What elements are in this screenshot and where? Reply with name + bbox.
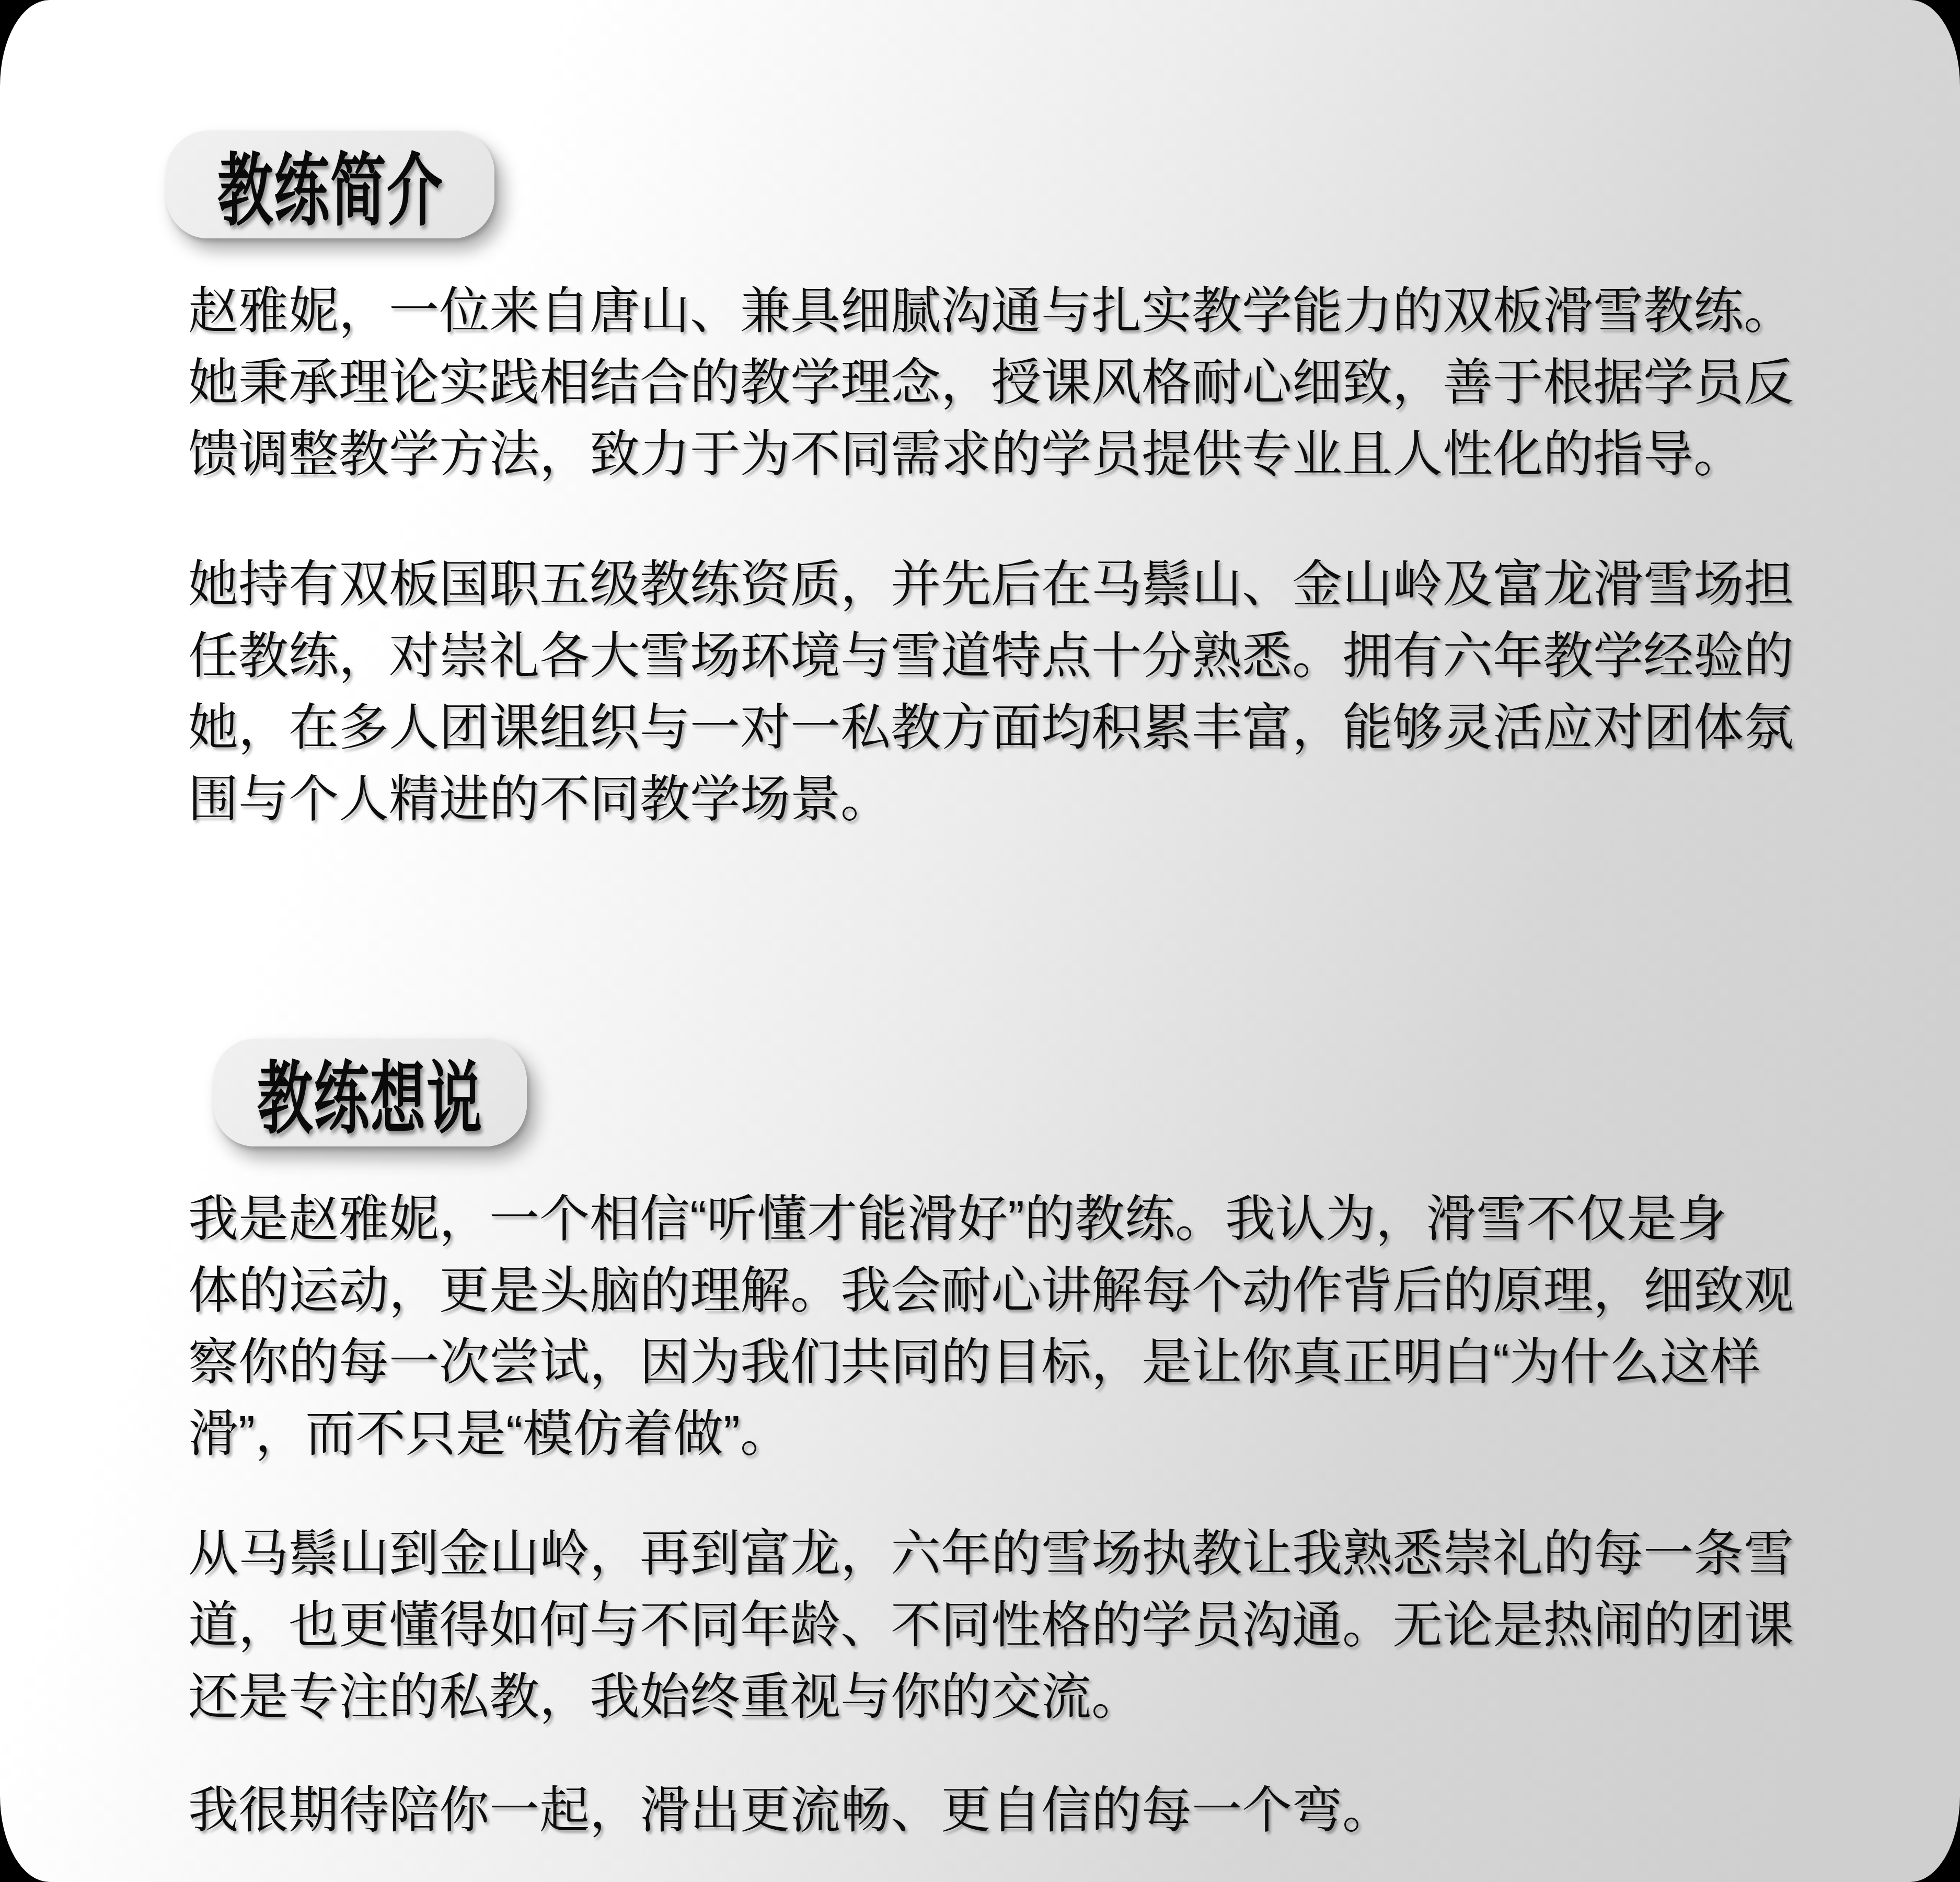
coach-profile-card: 教练简介 赵雅妮，一位来自唐山、兼具细腻沟通与扎实教学能力的双板滑雪教练。 她秉…	[0, 0, 1960, 1882]
coach-intro-paragraph-1: 赵雅妮，一位来自唐山、兼具细腻沟通与扎实教学能力的双板滑雪教练。 她秉承理论实践…	[188, 275, 1819, 490]
section-coach-message: 教练想说 我是赵雅妮，一个相信“听懂才能滑好”的教练。我认为，滑雪不仅是身 体的…	[0, 1039, 1960, 1846]
coach-message-paragraph-1: 我是赵雅妮，一个相信“听懂才能滑好”的教练。我认为，滑雪不仅是身 体的运动，更是…	[188, 1183, 1819, 1470]
badge-coach-intro-label: 教练简介	[217, 128, 443, 241]
coach-intro-paragraph-2: 她持有双板国职五级教练资质，并先后在马鬃山、金山岭及富龙滑雪场担 任教练，对崇礼…	[188, 548, 1819, 835]
badge-coach-message-label: 教练想说	[257, 1036, 483, 1149]
badge-coach-intro: 教练简介	[166, 131, 494, 238]
badge-coach-message: 教练想说	[213, 1039, 527, 1146]
section-coach-intro: 教练简介 赵雅妮，一位来自唐山、兼具细腻沟通与扎实教学能力的双板滑雪教练。 她秉…	[0, 131, 1960, 835]
coach-message-paragraph-3: 我很期待陪你一起，滑出更流畅、更自信的每一个弯。	[188, 1774, 1819, 1846]
coach-message-paragraph-2: 从马鬃山到金山岭，再到富龙，六年的雪场执教让我熟悉崇礼的每一条雪 道，也更懂得如…	[188, 1518, 1819, 1732]
